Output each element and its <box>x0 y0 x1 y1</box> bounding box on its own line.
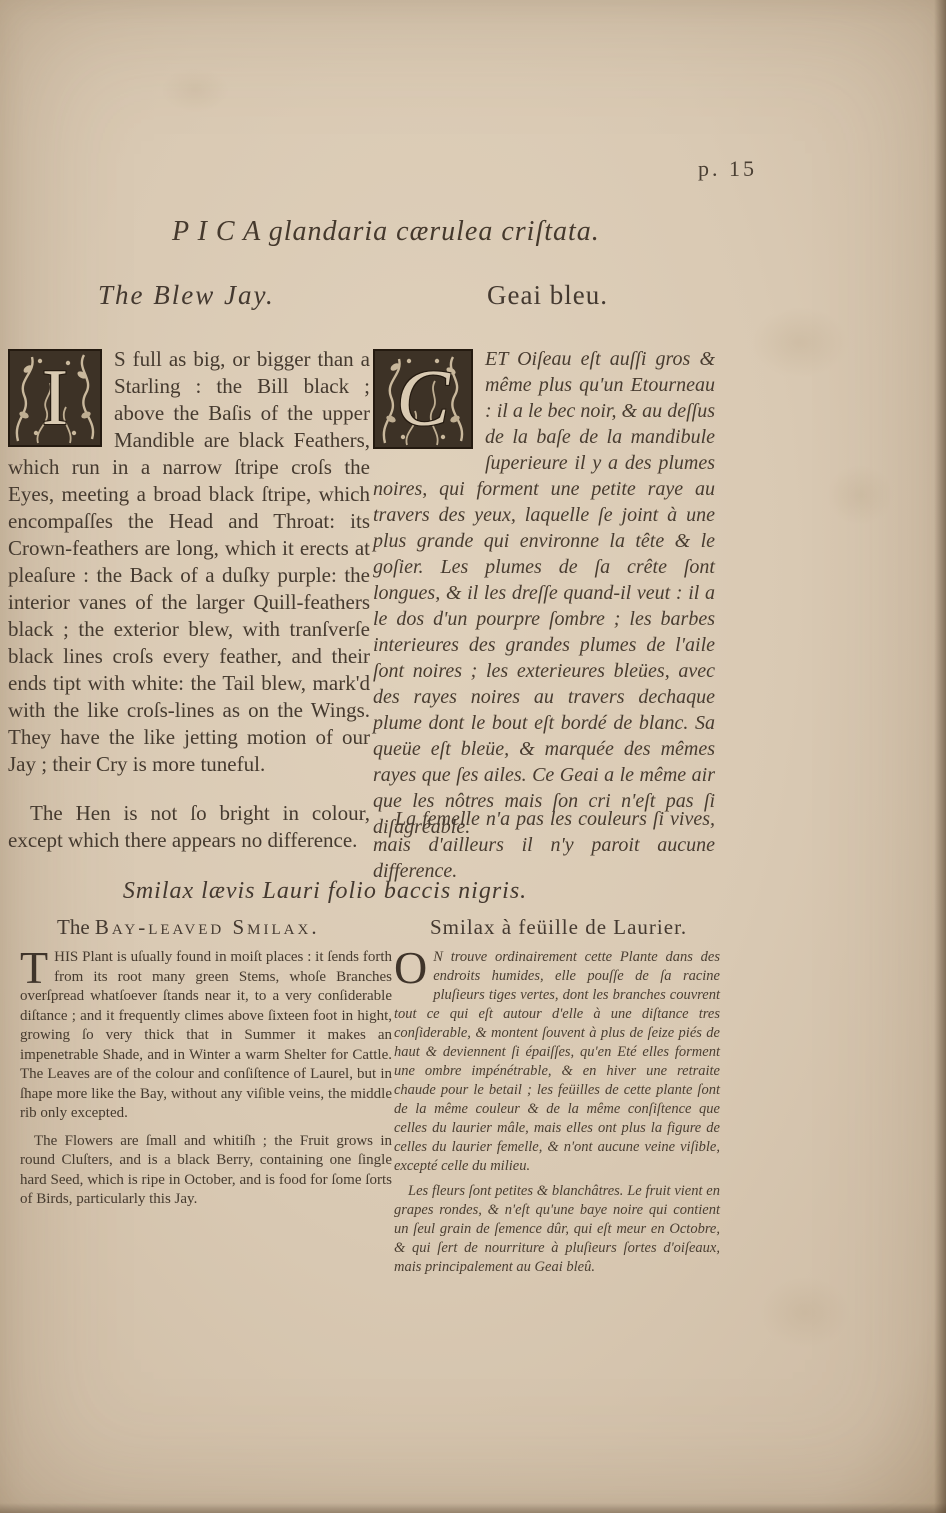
paper-stain <box>150 60 240 120</box>
smilax-english-paragraph-2: The Flowers are ſmall and whitiſh ; the … <box>20 1132 392 1210</box>
drop-cap-letter: O <box>394 949 427 987</box>
page-number: p. 15 <box>698 156 757 182</box>
french-jay-paragraph: C ET Oiſeau eſt auſſi gros & même plus q… <box>373 346 715 840</box>
heading-lead: The <box>57 915 95 939</box>
paragraph-text: HIS Plant is uſually found in moiſt plac… <box>20 949 392 1121</box>
woodcut-initial-C: C <box>373 349 473 449</box>
paper-stain <box>735 295 865 390</box>
woodcut-initial-I: I <box>8 349 102 447</box>
french-hen-paragraph: La femelle n'a pas les couleurs ſi vives… <box>373 806 715 884</box>
smilax-english-paragraph-1: THIS Plant is uſually found in moiſt pla… <box>20 948 392 1124</box>
heading-smallcaps: Bay-leaved Smilax. <box>95 915 320 939</box>
species-latin-title: P I C A glandaria cærulea criſtata. <box>172 216 600 248</box>
paper-stain <box>745 1265 865 1360</box>
smilax-french-paragraph-1: ON trouve ordinairement cette Plante dan… <box>394 948 720 1176</box>
smilax-english-text: THIS Plant is uſually found in moiſt pla… <box>20 948 392 1218</box>
paragraph-text: N trouve ordinairement cette Plante dans… <box>394 949 720 1174</box>
english-section-heading: The Blew Jay. <box>98 280 275 311</box>
smilax-french-paragraph-2: Les fleurs ſont petites & blanchâtres. L… <box>394 1182 720 1277</box>
smilax-french-heading: Smilax à feüille de Laurier. <box>430 915 687 940</box>
english-jay-paragraph: I S full as big, or bigger than a Starli… <box>8 346 370 778</box>
page-bottom-edge-shadow <box>0 1503 946 1513</box>
french-section-heading: Geai bleu. <box>487 280 608 311</box>
scanned-book-page: { "page": { "page_number": "p. 15", "tit… <box>0 0 946 1513</box>
smilax-french-text: ON trouve ordinairement cette Plante dan… <box>394 948 720 1283</box>
english-hen-paragraph: The Hen is not ſo bright in colour, exce… <box>8 800 370 854</box>
page-right-edge-shadow <box>934 0 946 1513</box>
drop-cap-letter: T <box>20 949 48 987</box>
smilax-english-heading: The Bay-leaved Smilax. <box>57 915 320 940</box>
paper-stain <box>815 455 905 535</box>
drop-cap-letter: C <box>373 349 473 449</box>
smilax-latin-heading: Smilax lævis Lauri folio baccis nigris. <box>95 878 555 905</box>
drop-cap-letter: I <box>8 349 102 447</box>
